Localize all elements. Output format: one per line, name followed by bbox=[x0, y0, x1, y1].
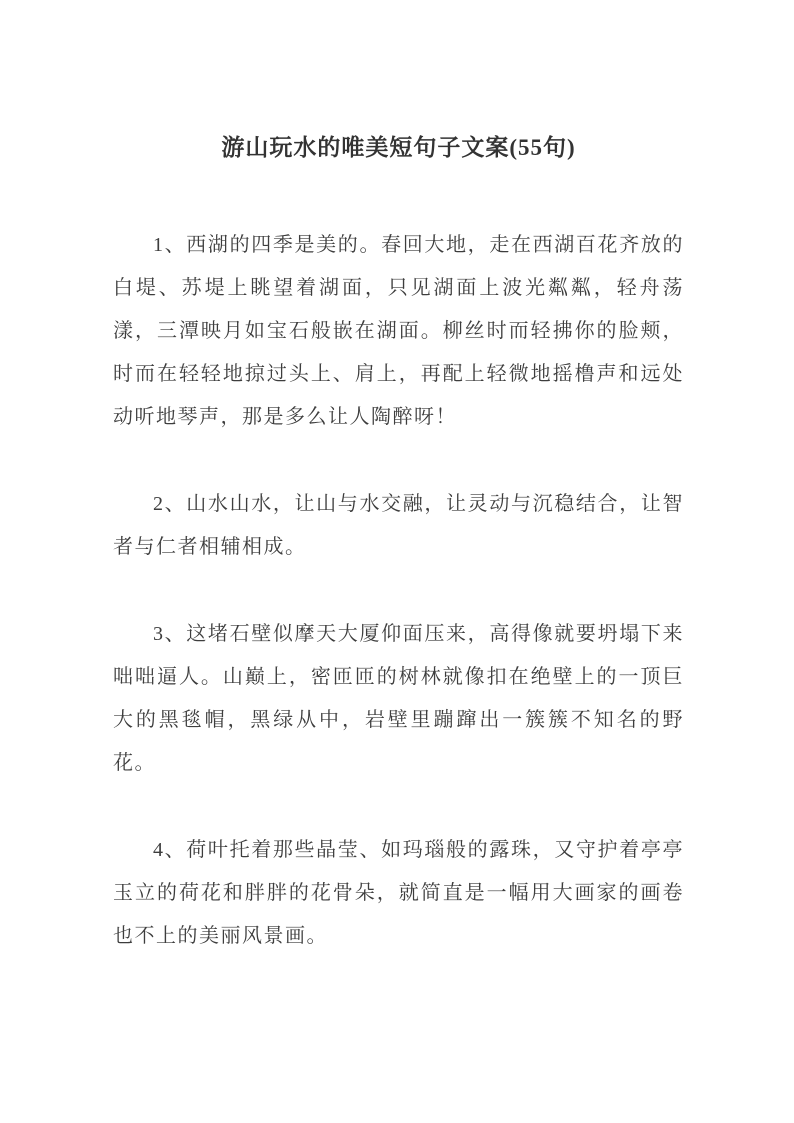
paragraph-3: 3、这堵石壁似摩天大厦仰面压来，高得像就要坍塌下来咄咄逼人。山巅上，密匝匝的树林… bbox=[113, 613, 684, 785]
paragraph-4: 4、荷叶托着那些晶莹、如玛瑙般的露珠，又守护着亭亭玉立的荷花和胖胖的花骨朵，就简… bbox=[113, 829, 684, 958]
paragraph-2: 2、山水山水，让山与水交融，让灵动与沉稳结合，让智者与仁者相辅相成。 bbox=[113, 483, 684, 569]
document-page: 游山玩水的唯美短句子文案(55句) 1、西湖的四季是美的。春回大地，走在西湖百花… bbox=[0, 0, 794, 1123]
paragraph-1: 1、西湖的四季是美的。春回大地，走在西湖百花齐放的白堤、苏堤上眺望着湖面，只见湖… bbox=[113, 224, 684, 439]
page-title: 游山玩水的唯美短句子文案(55句) bbox=[113, 128, 684, 168]
